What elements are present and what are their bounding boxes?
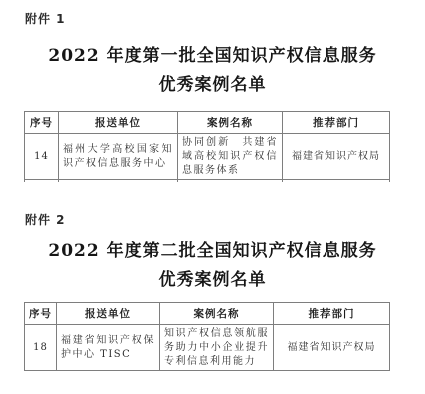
table2-header-row: 序号 报送单位 案例名称 推荐部门 [25, 303, 390, 325]
section1-title-line2: 优秀案例名单 [0, 70, 425, 95]
table2-header-department: 推荐部门 [274, 303, 390, 325]
table1-row: 14 福州大学高校国家知识产权信息服务中心 协同创新 共建省域高校知识产权信息服… [25, 134, 390, 180]
section1-title-line1: 2022 年度第一批全国知识产权信息服务 [0, 41, 425, 66]
table1-header-row: 序号 报送单位 案例名称 推荐部门 [25, 112, 390, 134]
table1-cell-no: 14 [25, 134, 59, 180]
table2-header-unit: 报送单位 [57, 303, 160, 325]
table1-cell-unit: 福州大学高校国家知识产权信息服务中心 [59, 134, 178, 180]
table2-cell-department: 福建省知识产权局 [274, 325, 390, 371]
table2-header-case: 案例名称 [160, 303, 274, 325]
table2-cell-case: 知识产权信息领航服务助力中小企业提升专利信息利用能力 [160, 325, 274, 371]
table1-header-department: 推荐部门 [283, 112, 390, 134]
section2-title-line2: 优秀案例名单 [0, 265, 425, 290]
table1-header-case: 案例名称 [178, 112, 283, 134]
table1-header-unit: 报送单位 [59, 112, 178, 134]
attachment-label-2: 附件 2 [25, 211, 66, 228]
table2-row: 18 福建省知识产权保护中心 TISC 知识产权信息领航服务助力中小企业提升专利… [25, 325, 390, 371]
attachment-label-1: 附件 1 [25, 10, 66, 27]
table-batch2: 序号 报送单位 案例名称 推荐部门 18 福建省知识产权保护中心 TISC 知识… [24, 302, 390, 371]
table-batch1: 序号 报送单位 案例名称 推荐部门 14 福州大学高校国家知识产权信息服务中心 … [24, 111, 390, 182]
section2-title-line1: 2022 年度第二批全国知识产权信息服务 [0, 236, 425, 261]
table2-cell-no: 18 [25, 325, 57, 371]
table2-header-no: 序号 [25, 303, 57, 325]
table1-header-no: 序号 [25, 112, 59, 134]
table1-cropped-row [25, 180, 390, 183]
table1-cell-case: 协同创新 共建省域高校知识产权信息服务体系 [178, 134, 283, 180]
document-page: 附件 1 2022 年度第一批全国知识产权信息服务 优秀案例名单 序号 报送单位… [0, 0, 425, 394]
table1-cell-department: 福建省知识产权局 [283, 134, 390, 180]
table2-cell-unit: 福建省知识产权保护中心 TISC [57, 325, 160, 371]
